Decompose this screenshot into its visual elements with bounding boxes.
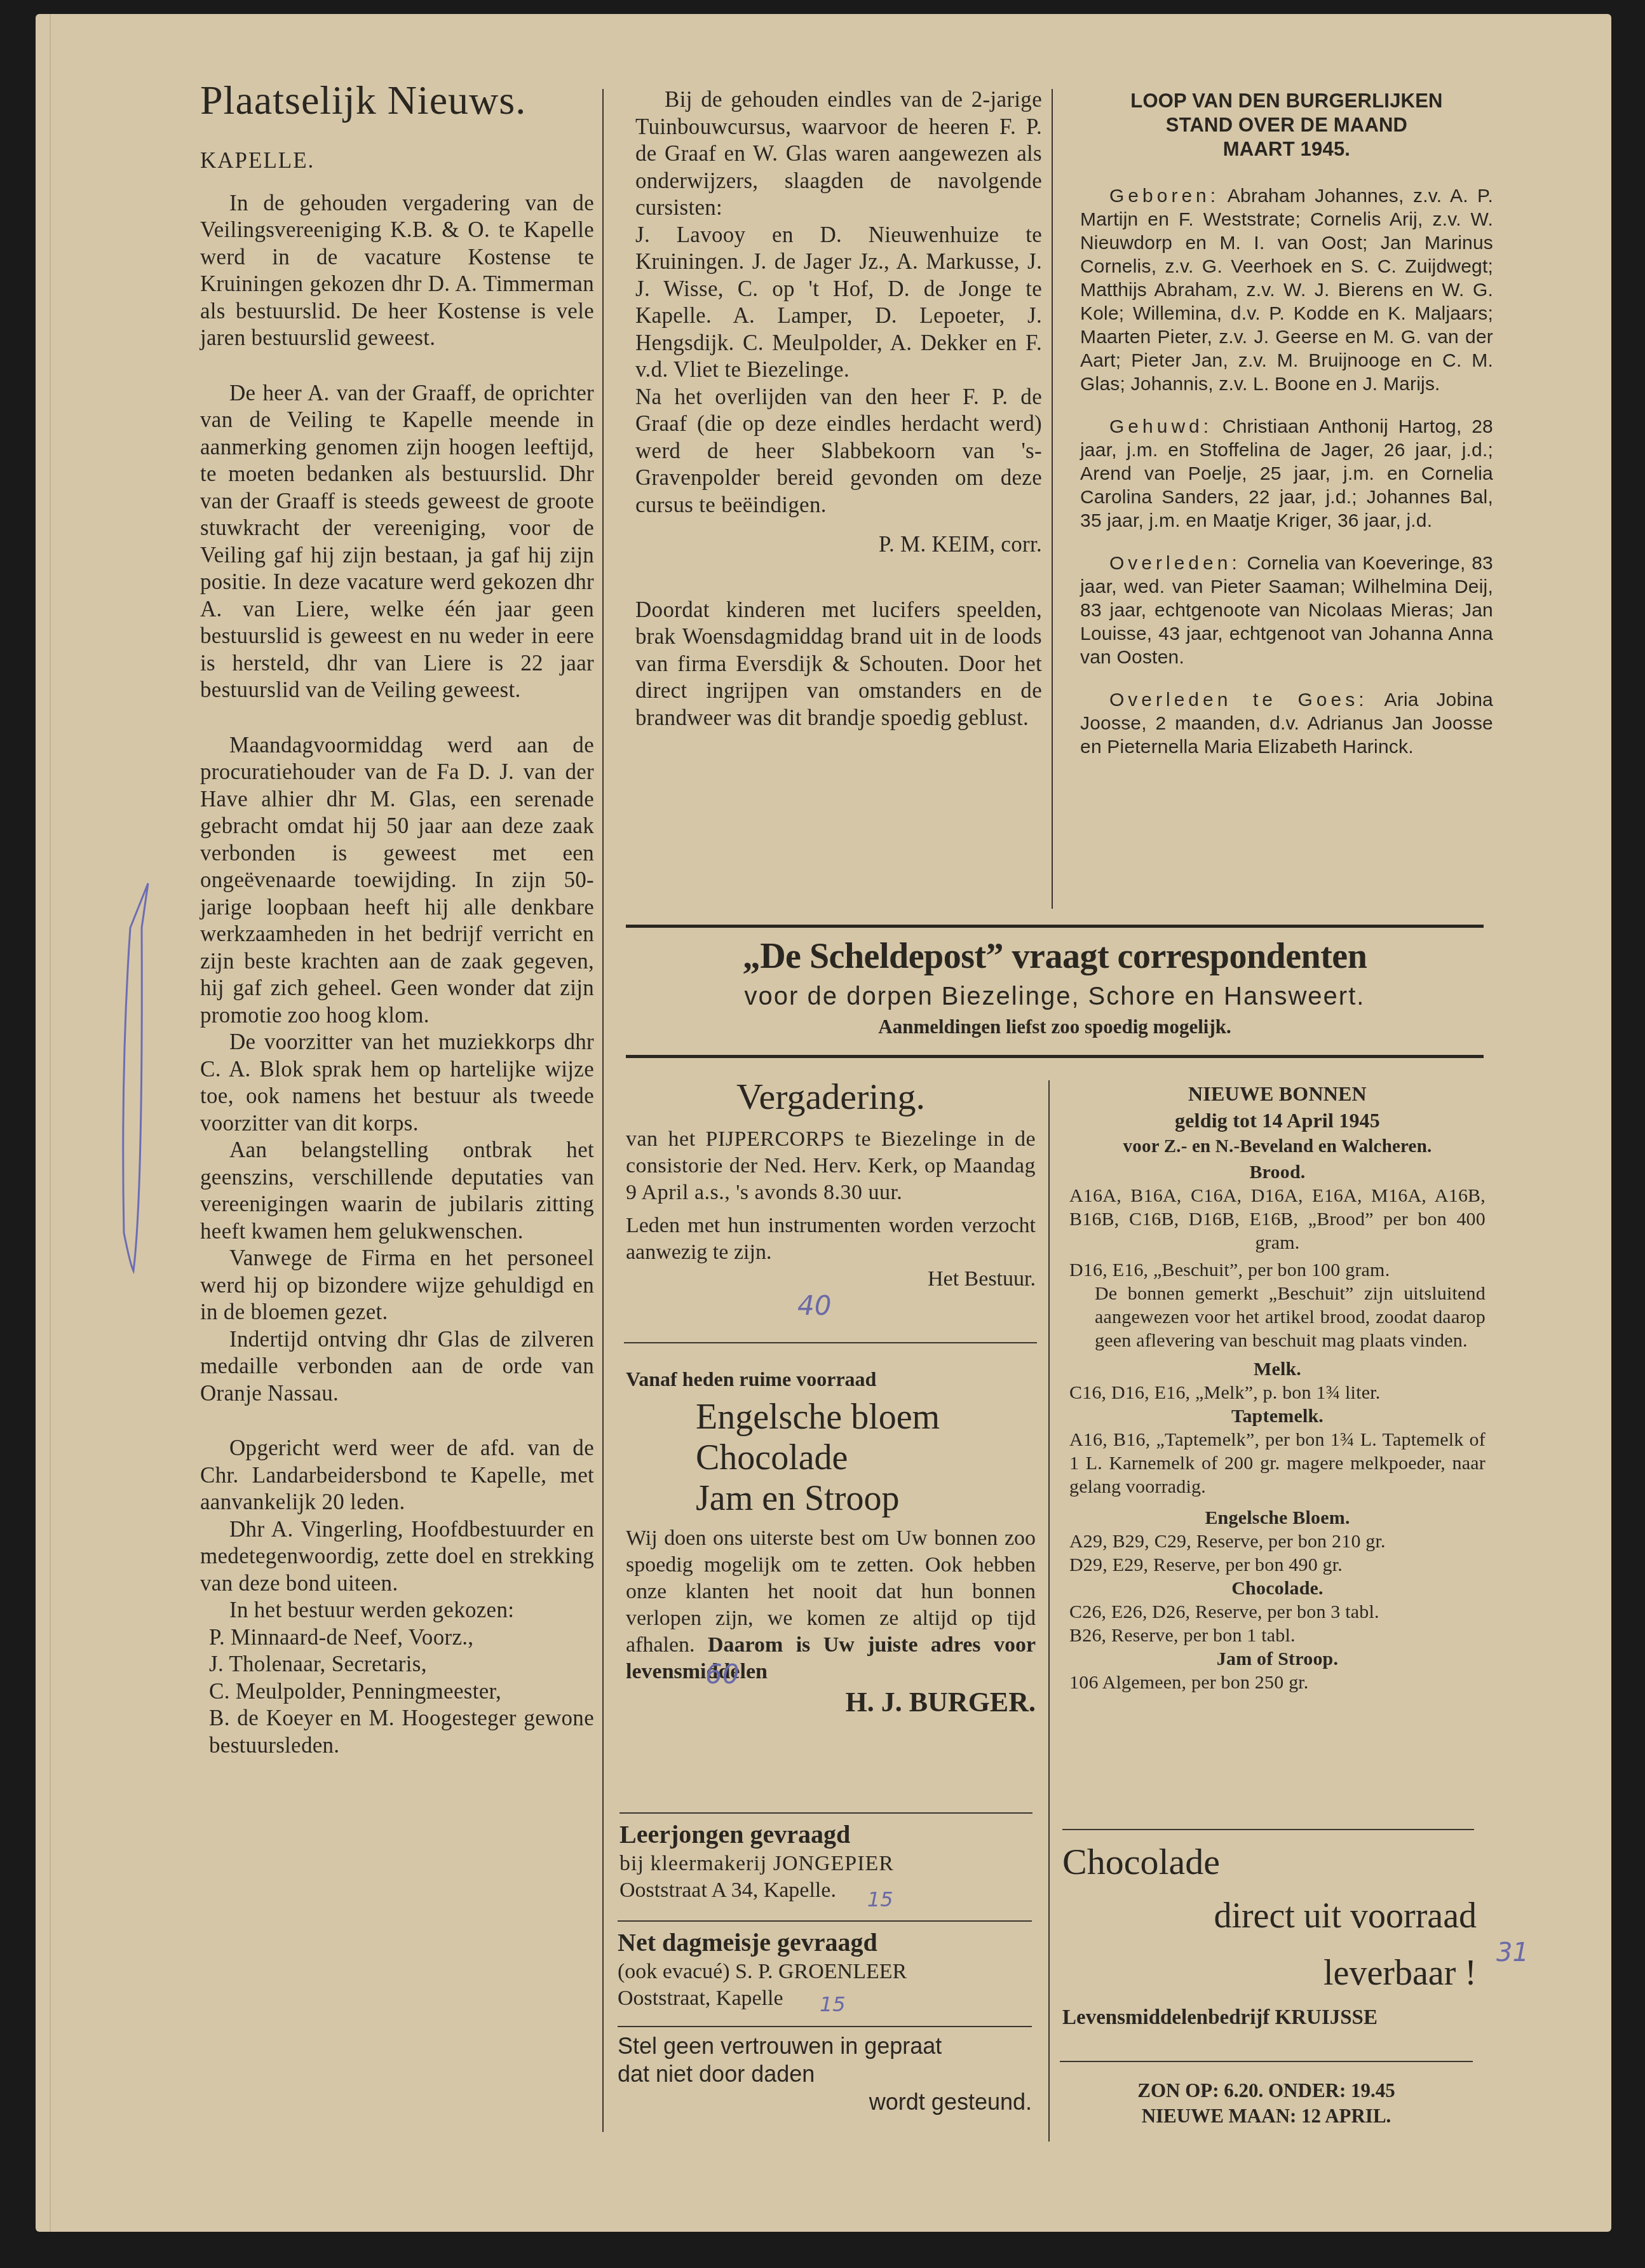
handwritten-margin-mark [118, 877, 156, 1284]
ad-divider [1062, 1829, 1474, 1830]
ad-kruijsse: Chocolade direct uit voorraad leverbaar … [1062, 1837, 1477, 2034]
list-item: C. Meulpolder, Penningmeester, [209, 1678, 594, 1706]
meeting-body: van het PIJPERCORPS te Biezelinge in de … [626, 1126, 1036, 1206]
column-divider [602, 89, 604, 2132]
ration-line: C16, D16, E16, „Melk”, p. bon 1¾ liter. [1069, 1381, 1486, 1404]
ration-line: B26, Reserve, per bon 1 tabl. [1069, 1624, 1486, 1647]
correspondent-signature: P. M. KEIM, corr. [635, 531, 1042, 559]
apprentice-title: Leerjongen gevraagd [619, 1819, 1032, 1850]
paragraph: De heer A. van der Graaff, de oprichter … [200, 380, 594, 704]
ad-divider [619, 1812, 1032, 1814]
column-course-news: Bij de gehouden eindles van de 2-jarige … [635, 86, 1042, 731]
slogan-line: Stel geen vertrouwen in gepraat [618, 2032, 1032, 2060]
deaths-label: Overleden: [1109, 553, 1241, 574]
board-list: P. Minnaard-de Neef, Voorz., J. Tholenaa… [200, 1624, 594, 1760]
maid-title: Net dagmeisje gevraagd [618, 1927, 1032, 1959]
ration-line: D16, E16, „Beschuit”, per bon 100 gram. [1069, 1258, 1486, 1282]
place-heading: KAPELLE. [200, 147, 594, 175]
ration-heading: Brood. [1069, 1160, 1486, 1184]
product-item: Engelsche bloem [696, 1397, 1036, 1437]
list-item: J. Tholenaar, Secretaris, [209, 1651, 594, 1678]
paragraph: Aan belangstelling ontbrak het geenszins… [200, 1137, 594, 1245]
ration-heading: Taptemelk. [1069, 1404, 1486, 1428]
column-divider [1052, 89, 1053, 909]
kruijsse-line: Chocolade [1062, 1837, 1477, 1887]
ration-heading: Chocolade. [1069, 1577, 1486, 1600]
kruijsse-line: leverbaar ! [1062, 1945, 1477, 2002]
ad-divider [624, 1342, 1037, 1343]
scheldepost-banner: „De Scheldepost” vraagt correspondenten … [626, 934, 1484, 1040]
banner-bottom-rule [626, 1055, 1484, 1058]
ration-heading: Melk. [1069, 1357, 1486, 1381]
ration-line: C26, E26, D26, Reserve, per bon 3 tabl. [1069, 1600, 1486, 1624]
page-fold-line [50, 14, 51, 2232]
meeting-signature: Het Bestuur. [626, 1266, 1036, 1293]
ad-divider [1060, 2061, 1473, 2062]
births-entry: Geboren: Abraham Johannes, z.v. A. P. Ma… [1080, 184, 1493, 396]
slogan-box: Stel geen vertrouwen in gepraat dat niet… [618, 2032, 1032, 2116]
ration-line: A16, B16, „Taptemelk”, per bon 1¾ L. Tap… [1069, 1428, 1486, 1498]
ration-heading: Jam of Stroop. [1069, 1647, 1486, 1671]
maid-line: (ook evacué) S. P. GROENLEER [618, 1959, 1032, 1985]
ration-heading: Engelsche Bloem. [1069, 1506, 1486, 1530]
paragraph: Na het overlijden van den heer F. P. de … [635, 384, 1042, 519]
handwritten-note: 60 [705, 1659, 739, 1690]
rations-notice: NIEUWE BONNEN geldig tot 14 April 1945 v… [1069, 1080, 1486, 1694]
rations-region: voor Z.- en N.-Beveland en Walcheren. [1069, 1134, 1486, 1159]
married-label: Gehuwd: [1109, 416, 1212, 437]
kruijsse-line: direct uit voorraad [1062, 1887, 1477, 1945]
ad-meeting: Vergadering. van het PIJPERCORPS te Biez… [626, 1074, 1036, 1293]
ration-line: A16A, B16A, C16A, D16A, E16A, M16A, A16B… [1069, 1184, 1486, 1254]
ration-line: D29, E29, Reserve, per bon 490 gr. [1069, 1553, 1486, 1577]
deaths-goes-entry: Overleden te Goes: Aria Jobina Joosse, 2… [1080, 688, 1493, 759]
new-moon: NIEUWE MAAN: 12 APRIL. [1060, 2103, 1473, 2129]
banner-subline: voor de dorpen Biezelinge, Schore en Han… [626, 979, 1484, 1014]
meeting-title: Vergadering. [626, 1074, 1036, 1120]
rations-valid: geldig tot 14 April 1945 [1069, 1107, 1486, 1134]
burger-body: Wij doen ons uiterste best om Uw bonnen … [626, 1525, 1036, 1685]
burger-signature: H. J. BURGER. [626, 1685, 1036, 1720]
burger-intro: Vanaf heden ruime voorraad [626, 1366, 1036, 1392]
ration-note: De bonnen gemerkt „Beschuit” zijn uitslu… [1069, 1282, 1486, 1352]
ration-line: A29, B29, C29, Reserve, per bon 210 gr. [1069, 1530, 1486, 1553]
column-local-news: Plaatselijk Nieuws. KAPELLE. In de gehou… [200, 75, 594, 1759]
ad-divider [618, 1920, 1032, 1922]
paragraph: Vanwege de Firma en het personeel werd h… [200, 1245, 594, 1326]
ad-apprentice: Leerjongen gevraagd bij kleermakerij JON… [619, 1819, 1032, 1904]
column-divider [1048, 1080, 1050, 2142]
paragraph: Indertijd ontving dhr Glas de zilveren m… [200, 1326, 594, 1408]
section-title: Plaatselijk Nieuws. [200, 75, 594, 126]
registry-heading: LOOP VAN DEN BURGERLIJKEN STAND OVER DE … [1080, 89, 1493, 161]
paragraph: Maandagvoormiddag werd aan de procuratie… [200, 732, 594, 1029]
ad-divider [618, 2026, 1032, 2027]
marriages-entry: Gehuwd: Christiaan Anthonij Hartog, 28 j… [1080, 415, 1493, 533]
paragraph: Bij de gehouden eindles van de 2-jarige … [635, 86, 1042, 222]
slogan-line: wordt gesteund. [618, 2088, 1032, 2116]
product-item: Jam en Stroop [696, 1478, 1036, 1519]
banner-top-rule [626, 925, 1484, 928]
ration-line: 106 Algemeen, per bon 250 gr. [1069, 1671, 1486, 1694]
births-label: Geboren: [1109, 186, 1219, 207]
sun-times: ZON OP: 6.20. ONDER: 19.45 [1060, 2078, 1473, 2103]
paragraph: Doordat kinderen met lucifers speelden, … [635, 597, 1042, 732]
rations-title: NIEUWE BONNEN [1069, 1080, 1486, 1107]
column-civil-registry: LOOP VAN DEN BURGERLIJKEN STAND OVER DE … [1080, 89, 1493, 759]
paragraph: In de gehouden vergadering van de Veilin… [200, 190, 594, 352]
list-item: B. de Koeyer en M. Hoogesteger gewone be… [209, 1705, 594, 1759]
apprentice-line: bij kleermakerij JONGEPIER [619, 1850, 1032, 1877]
kruijsse-signature: Levensmiddelenbedrijf KRUIJSSE [1062, 2002, 1477, 2034]
handwritten-note: 15 [820, 1992, 846, 2016]
list-item: P. Minnaard-de Neef, Voorz., [209, 1624, 594, 1652]
slogan-line: dat niet door daden [618, 2060, 1032, 2088]
apprentice-line: Ooststraat A 34, Kapelle. [619, 1877, 1032, 1904]
almanac: ZON OP: 6.20. ONDER: 19.45 NIEUWE MAAN: … [1060, 2078, 1473, 2129]
burger-products: Engelsche bloem Chocolade Jam en Stroop [626, 1397, 1036, 1519]
paragraph: De voorzitter van het muziekkorps dhr C.… [200, 1029, 594, 1137]
deaths-entry: Overleden: Cornelia van Koeveringe, 83 j… [1080, 552, 1493, 669]
meeting-body: Leden met hun instrumenten worden verzoc… [626, 1212, 1036, 1266]
banner-headline: „De Scheldepost” vraagt correspondenten [626, 934, 1484, 979]
handwritten-note: 40 [797, 1290, 831, 1321]
deaths-goes-label: Overleden te Goes: [1109, 689, 1367, 710]
paragraph: In het bestuur werden gekozen: [200, 1597, 594, 1624]
ad-burger: Vanaf heden ruime voorraad Engelsche blo… [626, 1366, 1036, 1720]
paragraph: J. Lavooy en D. Nieuwenhuize te Kruining… [635, 222, 1042, 384]
paragraph: Opgericht werd weer de afd. van de Chr. … [200, 1435, 594, 1516]
product-item: Chocolade [696, 1437, 1036, 1478]
handwritten-note: 15 [867, 1887, 893, 1912]
paragraph: Dhr A. Vingerling, Hoofdbestuurder en me… [200, 1516, 594, 1598]
banner-note: Aanmeldingen liefst zoo spoedig mogelijk… [626, 1014, 1484, 1040]
handwritten-note: 31 [1496, 1938, 1529, 1967]
